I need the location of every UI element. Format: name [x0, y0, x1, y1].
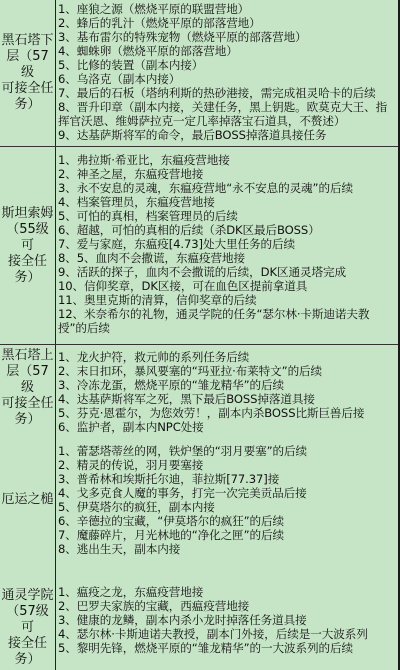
list-item: 6、乌洛克（副本内接）: [58, 72, 396, 86]
list-item: 2、末日扣环，暴风要塞的“玛亚拉·布莱特文”的后续: [58, 364, 396, 378]
section-dire-maul: 厄运之槌 1、蕾瑟塔蒂丝的网，铁炉堡的“羽月要塞”的后续 2、精灵的传说，羽月要…: [0, 430, 398, 570]
list-item: 3、健康的龙鳞，副本内杀小龙时掉落任务道具接: [58, 613, 396, 627]
list-item: 8、逃出生天，副本内接: [58, 542, 396, 556]
list-item: 3、基布雷尔的特殊宠物（燃烧平原的部落营地）: [58, 30, 396, 44]
list-item: 3、普希林和埃斯托尔迪，菲拉斯[77.37]接: [58, 472, 396, 486]
list-item: 8、5、血肉不会撒谎，东瘟疫营地接: [58, 251, 396, 265]
section-brd-upper: 黑石塔上 层（57级 可接全任 务） 1、龙火护符，救元帅的系列任务后续 2、末…: [0, 345, 398, 430]
list-item: 4、达基萨斯将军之死，黑下最后BOSS掉落道具接: [58, 392, 396, 406]
list-item: 3、永不安息的灵魂，东瘟疫营地“永不安息的灵魂”的后续: [58, 181, 396, 195]
list-item: 7、爱与家庭，东瘟疫[4.73]处大里任务的后续: [58, 237, 396, 251]
list-item: 11、奥里克斯的清算，信仰奖章的后续: [58, 293, 396, 307]
list-item: 1、座狼之源（燃烧平原的联盟营地）: [58, 2, 396, 16]
list-item: 7、魔藤碎片，月光林地的“净化之匣”的后续: [58, 528, 396, 542]
list-item: 9、活跃的探子，血肉不会撒谎的后续，DK区通灵塔完成: [58, 265, 396, 279]
list-item: 5、比修的装置（副本内接）: [58, 58, 396, 72]
quest-list: 1、弗拉斯·希亚比，东瘟疫营地接 2、神圣之屋，东瘟疫营地接 3、永不安息的灵魂…: [58, 153, 396, 335]
list-item: 1、龙火护符，救元帅的系列任务后续: [58, 350, 396, 364]
list-item: 1、弗拉斯·希亚比，东瘟疫营地接: [58, 153, 396, 167]
list-item: 1、蕾瑟塔蒂丝的网，铁炉堡的“羽月要塞”的后续: [58, 444, 396, 458]
list-item: 4、戈多克食人魔的事务，打完一次完美贡品后接: [58, 486, 396, 500]
list-item: 4、瑟尔林·卡斯迪诺夫教授，副本门外接，后续是一大波系列: [58, 627, 396, 641]
list-item: 2、蜂后的乳汁（燃烧平原的部落营地）: [58, 16, 396, 30]
section-brd-lower: 黑石塔下 层（57级 可接全任 务） 1、座狼之源（燃烧平原的联盟营地） 2、蜂…: [0, 0, 398, 146]
list-item: 9、达基萨斯将军的命令，最后BOSS掉落道具接任务: [58, 128, 396, 142]
quest-list: 1、座狼之源（燃烧平原的联盟营地） 2、蜂后的乳汁（燃烧平原的部落营地） 3、基…: [58, 2, 396, 142]
section-label: 斯坦索姆 （55级可 接全任 务）: [0, 147, 55, 344]
list-item: 2、神圣之屋，东瘟疫营地接: [58, 167, 396, 181]
list-item: 12、米奈希尔的礼物，通灵学院的任务“瑟尔林·卡斯迪诺夫教授”的后续: [58, 307, 396, 335]
section-scholomance: 通灵学院 （57级可 接全任 务） 1、瘟疫之龙，东瘟疫营地接 2、巴罗夫家族的…: [0, 585, 398, 670]
section-stratholme: 斯坦索姆 （55级可 接全任 务） 1、弗拉斯·希亚比，东瘟疫营地接 2、神圣之…: [0, 147, 398, 344]
list-item: 4、档案管理员，东瘟疫营地接: [58, 195, 396, 209]
list-item: 6、超越，可怕的真相的后续（杀DK区最后BOSS）: [58, 223, 396, 237]
quest-list: 1、龙火护符，救元帅的系列任务后续 2、末日扣环，暴风要塞的“玛亚拉·布莱特文”…: [58, 350, 396, 434]
list-item: 6、辛德拉的宝藏，“伊莫塔尔的疯狂”的后续: [58, 514, 396, 528]
section-label: 黑石塔下 层（57级 可接全任 务）: [0, 0, 55, 146]
section-label: 通灵学院 （57级可 接全任 务）: [0, 585, 55, 670]
list-item: 1、瘟疫之龙，东瘟疫营地接: [58, 585, 396, 599]
quest-list: 1、瘟疫之龙，东瘟疫营地接 2、巴罗夫家族的宝藏，西瘟疫营地接 3、健康的龙鳞，…: [58, 585, 396, 655]
quest-table: 黑石塔下 层（57级 可接全任 务） 1、座狼之源（燃烧平原的联盟营地） 2、蜂…: [0, 0, 400, 670]
list-item: 5、可怕的真相，档案管理员的后续: [58, 209, 396, 223]
list-item: 3、冷冻龙蛋，燃烧平原的“雏龙精华”的后续: [58, 378, 396, 392]
list-item: 4、蜘蛛卵（燃烧平原的部落营地）: [58, 44, 396, 58]
list-item: 8、晋升印章（副本内接，关建任务，黑上钥匙。欧莫克大王、指挥官沃恩、维姆萨拉克一…: [58, 100, 396, 128]
list-item: 2、巴罗夫家族的宝藏，西瘟疫营地接: [58, 599, 396, 613]
list-item: 7、最后的石板（塔纳利斯的热砂港接，需完成祖灵哈卡的后续: [58, 86, 396, 100]
list-item: 2、精灵的传说，羽月要塞接: [58, 458, 396, 472]
section-label: 厄运之槌: [0, 430, 55, 570]
list-item: 5、黎明先锋，燃烧平原的“雏龙精华”的一大波系列的后续: [58, 641, 396, 655]
quest-list: 1、蕾瑟塔蒂丝的网，铁炉堡的“羽月要塞”的后续 2、精灵的传说，羽月要塞接 3、…: [58, 444, 396, 556]
list-item: 5、伊莫塔尔的疯狂，副本内接: [58, 500, 396, 514]
list-item: 10、信仰奖章，DK区接，可在血色区提前拿道具: [58, 279, 396, 293]
section-label: 黑石塔上 层（57级 可接全任 务）: [0, 345, 55, 430]
list-item: 5、芬克·恩霍尔，为您效劳！，副本内杀BOSS比斯巨兽后接: [58, 406, 396, 420]
